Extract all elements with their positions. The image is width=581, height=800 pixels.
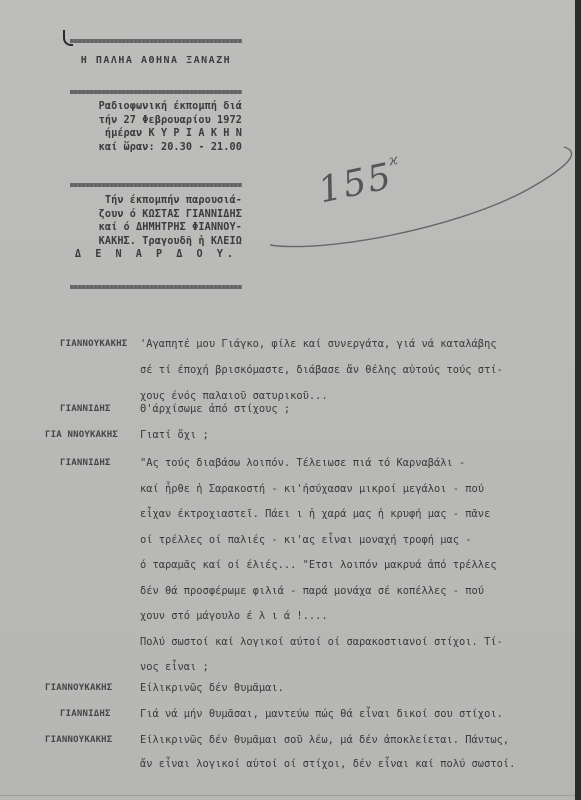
handwritten-oval bbox=[262, 145, 581, 255]
broadcast-line: ήμέραν Κ Υ Ρ Ι Α Κ Η Ν bbox=[70, 127, 242, 141]
dialogue-line: Γιά νά μήν θυμᾶσαι, μαντεύω πώς θά εἶναι… bbox=[140, 708, 503, 720]
page-bottom-edge bbox=[0, 795, 575, 796]
broadcast-line: καί ὥραν: 20.30 - 21.00 bbox=[70, 141, 242, 155]
dialogue-line: οί τρέλλες οί παλιές - κι'ας εἶναι μοναχ… bbox=[140, 534, 472, 546]
pen-tick-mark bbox=[63, 30, 73, 46]
dialogue-line: νος εἶναι ; bbox=[140, 661, 209, 673]
dialogue-line: "Ας τούς διαβάσω λοιπόν. Τέλειωσε πιά τό… bbox=[140, 457, 465, 469]
dialogue-line: χουν στό μάγουλο έ λ ι ά !.... bbox=[140, 610, 328, 622]
header-rule-3 bbox=[70, 183, 242, 187]
credits-line: Δ Ε Ν Α Ρ Δ Ο Υ. bbox=[70, 248, 242, 262]
speaker-name: ΓΙΑΝΝΟΥΚΑΚΗΣ bbox=[45, 735, 112, 745]
speaker-name: ΓΙΑΝΝΟΥΚΑΚΗΣ bbox=[60, 339, 127, 349]
speaker-name: ΓΙΑΝΝΟΥΚΑΚΗΣ bbox=[45, 683, 112, 693]
dialogue-line: δέν θά προσφέρωμε φιλιά - παρά μονάχα σέ… bbox=[140, 585, 484, 597]
broadcast-line: τήν 27 Φεβρουαρίου 1972 bbox=[70, 114, 242, 128]
dialogue-line: Είλικρινῶς δέν θυμᾶμαι σοῦ λέω, μά δέν ἀ… bbox=[140, 734, 509, 746]
broadcast-line: Ραδιοφωνική έκπομπή διά bbox=[70, 100, 242, 114]
speaker-name: ΓΙΑΝΝΙΔΗΣ bbox=[60, 404, 111, 414]
program-title: Η ΠΑΛΗΑ ΑΘΗΝΑ ΞΑΝΑΖΗ bbox=[70, 54, 242, 68]
typewritten-page: Η ΠΑΛΗΑ ΑΘΗΝΑ ΞΑΝΑΖΗ Ραδιοφωνική έκπομπή… bbox=[0, 0, 575, 800]
speaker-name: ΓΙΑΝΝΙΔΗΣ bbox=[60, 709, 111, 719]
speaker-name: ΓΙΑΝΝΙΔΗΣ bbox=[60, 458, 111, 468]
dialogue-line: Είλικρινῶς δέν θυμᾶμαι. bbox=[140, 682, 284, 694]
dialogue-line: εἶχαν έκτροχιαστεῖ. Πάει ι ἡ χαρά μας ἡ … bbox=[140, 508, 490, 520]
credits-line: ζουν ό ΚΩΣΤΑΣ ΓΙΑΝΝΙΔΗΣ bbox=[70, 208, 242, 222]
dialogue-line: Πολύ σωστοί καί λογικοί αύτοί οί σαρακοσ… bbox=[140, 636, 503, 648]
broadcast-info: Ραδιοφωνική έκπομπή διά τήν 27 Φεβρουαρί… bbox=[70, 100, 242, 154]
header-rule-2 bbox=[70, 90, 242, 94]
dialogue-line: σέ τί έποχή βρισκόμαστε, διάβασε ἄν θέλη… bbox=[140, 364, 503, 376]
dialogue-line: ἄν εἶναι λογικοί αὐτοί οί στίχοι, δέν εἶ… bbox=[140, 758, 515, 770]
header-rule-bottom bbox=[70, 285, 242, 289]
dialogue-line: Γιατί ὄχι ; bbox=[140, 429, 209, 441]
credits-info: Τήν έκπομπήν παρουσιά- ζουν ό ΚΩΣΤΑΣ ΓΙΑ… bbox=[70, 194, 242, 262]
dialogue-line: 'Αγαπητέ μου Γιάγκο, φίλε καί συνεργάτα,… bbox=[140, 338, 497, 350]
dialogue-line: ό ταραμᾶς καί οί έλιές... "Ετσι λοιπόν μ… bbox=[140, 559, 497, 571]
dialogue-line: Θ'άρχίσωμε ἀπό στίχους ; bbox=[140, 403, 290, 415]
dialogue-line: καί ἦρθε ἡ Σαρακοστή - κι'ήσύχασαν μικρο… bbox=[140, 483, 484, 495]
speaker-name: ΓΙΑ ΝΝΟΥΚΑΚΗΣ bbox=[45, 430, 118, 440]
header-rule-top bbox=[70, 39, 242, 43]
dialogue-line: χους ένός παλαιοῦ σατυρικοῦ... bbox=[140, 390, 328, 402]
credits-line: καί ό ΔΗΜΗΤΡΗΣ ΦΙΑΝΝΟΥ- bbox=[70, 221, 242, 235]
credits-line: ΚΑΚΗΣ. Τραγουδῆ ἡ ΚΛΕΙΩ bbox=[70, 235, 242, 249]
credits-line: Τήν έκπομπήν παρουσιά- bbox=[70, 194, 242, 208]
scan-edge bbox=[575, 0, 581, 800]
